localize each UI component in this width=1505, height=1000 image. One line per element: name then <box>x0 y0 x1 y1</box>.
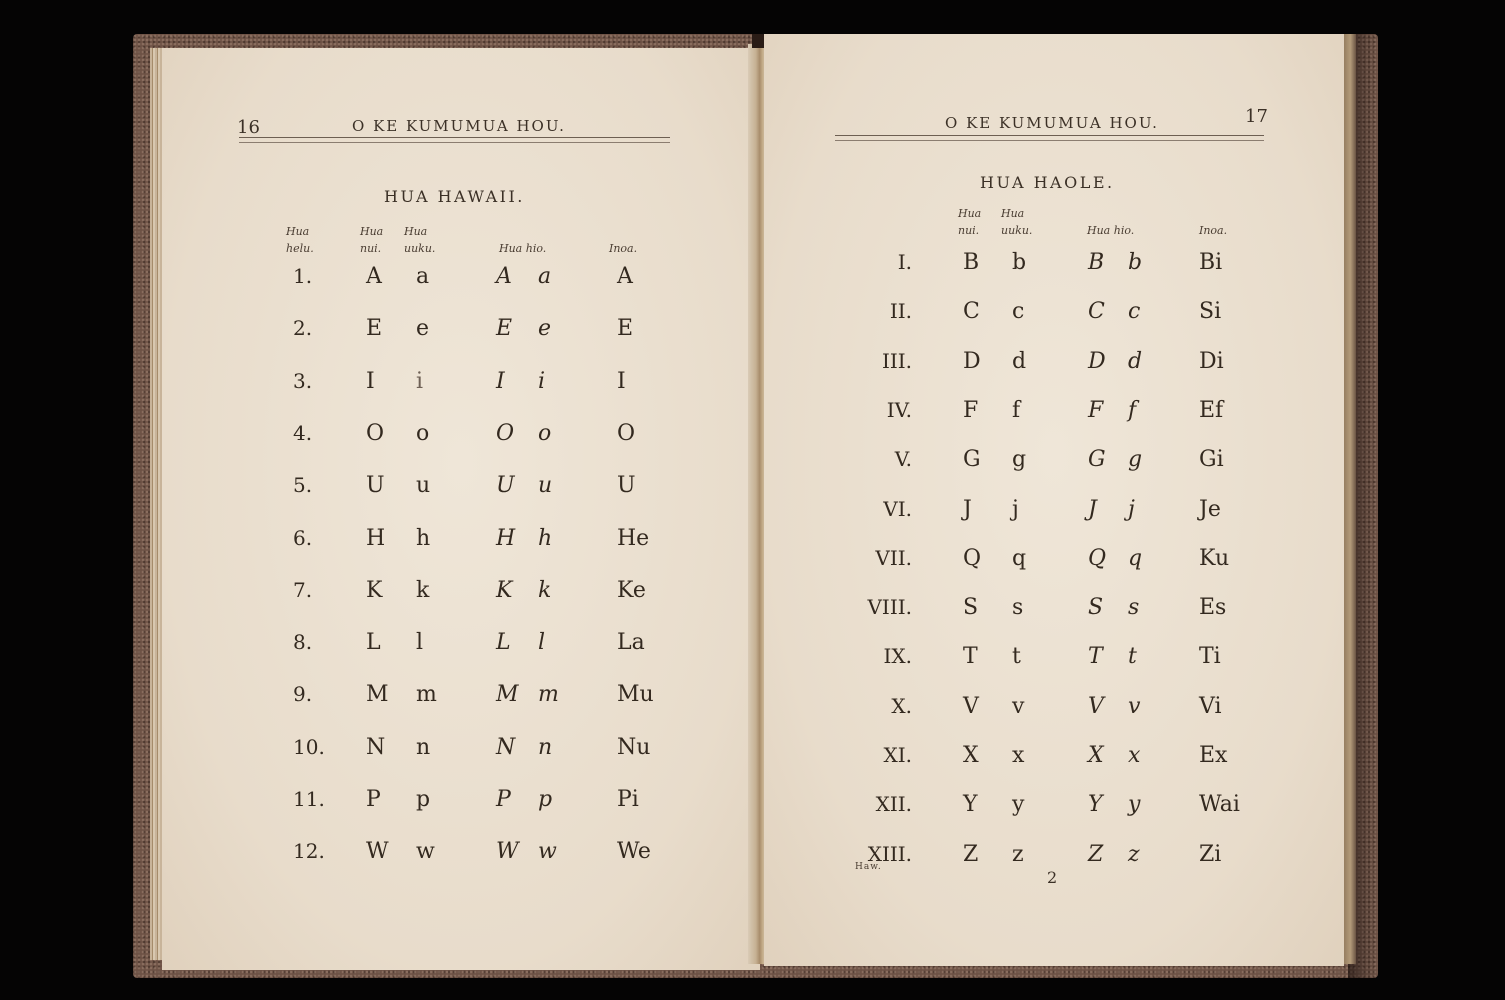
letter-name: La <box>617 632 645 654</box>
capital-letter: B <box>963 252 979 274</box>
row-number: XIII. <box>868 844 912 864</box>
row-number: 7. <box>293 580 312 600</box>
left-running-head: O KE KUMUMUA HOU. <box>352 117 566 135</box>
letter-name: U <box>617 475 636 497</box>
row-number: 11. <box>293 789 325 809</box>
italic-lowercase: v <box>1128 696 1140 718</box>
capital-letter: Q <box>963 548 981 570</box>
italic-lowercase: j <box>1128 499 1135 521</box>
italic-lowercase: e <box>538 318 551 340</box>
italic-lowercase: t <box>1128 646 1137 668</box>
capital-letter: T <box>963 646 978 668</box>
lowercase-letter: v <box>1012 696 1024 718</box>
row-number: X. <box>891 696 912 716</box>
lowercase-letter: l <box>416 632 423 654</box>
lowercase-letter: d <box>1012 351 1026 373</box>
lowercase-letter: x <box>1012 745 1024 767</box>
italic-capital: G <box>1088 449 1106 471</box>
left-folio: 16 <box>237 117 260 138</box>
italic-lowercase: x <box>1128 745 1140 767</box>
row-number: 9. <box>293 684 312 704</box>
italic-capital: S <box>1088 597 1103 619</box>
lowercase-letter: s <box>1012 597 1023 619</box>
italic-lowercase: y <box>1128 794 1140 816</box>
letter-name: Gi <box>1199 449 1224 471</box>
letter-name: Mu <box>617 684 654 706</box>
colhead-lowercase: Hua uuku. <box>404 223 435 257</box>
lowercase-letter: u <box>416 475 430 497</box>
capital-letter: O <box>366 423 384 445</box>
colhead-number: Hua helu. <box>286 223 314 257</box>
italic-lowercase: c <box>1128 301 1140 323</box>
italic-lowercase: d <box>1128 351 1142 373</box>
letter-name: Zi <box>1199 844 1221 866</box>
letter-name: Wai <box>1199 794 1240 816</box>
row-number: 2. <box>293 318 312 338</box>
italic-lowercase: o <box>538 423 551 445</box>
capital-letter: G <box>963 449 981 471</box>
italic-capital: Q <box>1088 548 1106 570</box>
italic-lowercase: m <box>538 684 559 706</box>
letter-name: Bi <box>1199 252 1222 274</box>
row-number: 12. <box>293 841 325 861</box>
capital-letter: N <box>366 737 385 759</box>
letter-name: Je <box>1199 499 1221 521</box>
row-number: VII. <box>875 548 912 568</box>
italic-capital: X <box>1088 745 1104 767</box>
row-number: IX. <box>884 646 913 666</box>
row-number: 5. <box>293 475 312 495</box>
lowercase-letter: p <box>416 789 430 811</box>
colhead-italic: Hua hio. <box>499 240 546 257</box>
italic-capital: L <box>496 632 511 654</box>
lowercase-letter: b <box>1012 252 1026 274</box>
letter-name: E <box>617 318 633 340</box>
lowercase-letter: k <box>416 580 429 602</box>
capital-letter: X <box>963 745 979 767</box>
lowercase-letter: n <box>416 737 430 759</box>
capital-letter: H <box>366 528 385 550</box>
italic-capital: K <box>496 580 512 602</box>
letter-name: Es <box>1199 597 1226 619</box>
italic-capital: F <box>1088 400 1103 422</box>
colhead-italic-right: Hua hio. <box>1087 222 1134 239</box>
italic-capital: H <box>496 528 515 550</box>
italic-capital: Y <box>1088 794 1103 816</box>
lowercase-letter: c <box>1012 301 1024 323</box>
colhead-capital: Hua nui. <box>360 223 383 257</box>
italic-capital: J <box>1088 499 1097 521</box>
italic-lowercase: s <box>1128 597 1139 619</box>
capital-letter: V <box>963 696 979 718</box>
row-number: II. <box>890 301 912 321</box>
right-header-rule <box>835 135 1264 141</box>
signature-note: Haw. <box>855 862 882 872</box>
letter-name: We <box>617 841 651 863</box>
italic-capital: Z <box>1088 844 1103 866</box>
lowercase-letter: g <box>1012 449 1026 471</box>
row-number: 8. <box>293 632 312 652</box>
capital-letter: S <box>963 597 978 619</box>
italic-lowercase: i <box>538 371 545 393</box>
row-number: 3. <box>293 371 312 391</box>
row-number: VI. <box>883 499 912 519</box>
capital-letter: W <box>366 841 389 863</box>
colhead-name-right: Inoa. <box>1199 222 1227 239</box>
italic-lowercase: u <box>538 475 552 497</box>
capital-letter: P <box>366 789 381 811</box>
lowercase-letter: e <box>416 318 429 340</box>
lowercase-letter: f <box>1012 400 1020 422</box>
lowercase-letter: o <box>416 423 429 445</box>
letter-name: Si <box>1199 301 1221 323</box>
row-number: I. <box>898 252 912 272</box>
italic-capital: T <box>1088 646 1103 668</box>
letter-name: Nu <box>617 737 650 759</box>
row-number: 10. <box>293 737 325 757</box>
italic-capital: B <box>1088 252 1104 274</box>
italic-lowercase: g <box>1128 449 1142 471</box>
capital-letter: Y <box>963 794 978 816</box>
italic-lowercase: n <box>538 737 552 759</box>
italic-capital: I <box>496 371 505 393</box>
left-header-rule <box>239 137 670 143</box>
italic-capital: P <box>496 789 511 811</box>
italic-capital: W <box>496 841 519 863</box>
capital-letter: E <box>366 318 382 340</box>
lowercase-letter: q <box>1012 548 1026 570</box>
lowercase-letter: w <box>416 841 435 863</box>
row-number: V. <box>895 449 912 469</box>
letter-name: Ex <box>1199 745 1227 767</box>
right-running-head: O KE KUMUMUA HOU. <box>945 114 1159 132</box>
capital-letter: D <box>963 351 981 373</box>
colhead-capital-right: Hua nui. <box>958 205 981 239</box>
italic-capital: D <box>1088 351 1106 373</box>
italic-capital: C <box>1088 301 1105 323</box>
letter-name: Pi <box>617 789 639 811</box>
capital-letter: J <box>963 499 972 521</box>
row-number: 1. <box>293 266 312 286</box>
italic-capital: E <box>496 318 512 340</box>
capital-letter: A <box>366 266 382 288</box>
letter-name: Di <box>1199 351 1224 373</box>
letter-name: He <box>617 528 649 550</box>
row-number: XI. <box>884 745 913 765</box>
right-folio: 17 <box>1245 106 1268 127</box>
row-number: 6. <box>293 528 312 548</box>
lowercase-letter: y <box>1012 794 1024 816</box>
italic-lowercase: h <box>538 528 552 550</box>
lowercase-letter: i <box>416 371 423 393</box>
italic-capital: N <box>496 737 515 759</box>
letter-name: Vi <box>1199 696 1222 718</box>
letter-name: Ku <box>1199 548 1229 570</box>
italic-lowercase: a <box>538 266 551 288</box>
italic-capital: A <box>496 266 512 288</box>
lowercase-letter: t <box>1012 646 1021 668</box>
row-number: VIII. <box>867 597 912 617</box>
right-section-title: HUA HAOLE. <box>980 173 1115 192</box>
italic-capital: O <box>496 423 514 445</box>
lowercase-letter: j <box>1012 499 1019 521</box>
italic-capital: V <box>1088 696 1104 718</box>
capital-letter: F <box>963 400 978 422</box>
capital-letter: M <box>366 684 389 706</box>
colhead-name: Inoa. <box>609 240 637 257</box>
right-page-edges <box>1342 34 1356 964</box>
letter-name: Ef <box>1199 400 1223 422</box>
letter-name: I <box>617 371 626 393</box>
signature-mark: 2 <box>1047 868 1057 887</box>
row-number: IV. <box>887 400 912 420</box>
colhead-lowercase-right: Hua uuku. <box>1001 205 1032 239</box>
lowercase-letter: a <box>416 266 429 288</box>
letter-name: Ti <box>1199 646 1221 668</box>
italic-lowercase: z <box>1128 844 1140 866</box>
capital-letter: I <box>366 371 375 393</box>
letter-name: O <box>617 423 635 445</box>
letter-name: Ke <box>617 580 646 602</box>
italic-capital: U <box>496 475 515 497</box>
italic-capital: M <box>496 684 519 706</box>
italic-lowercase: b <box>1128 252 1142 274</box>
capital-letter: C <box>963 301 980 323</box>
row-number: 4. <box>293 423 312 443</box>
capital-letter: U <box>366 475 385 497</box>
italic-lowercase: f <box>1128 400 1136 422</box>
italic-lowercase: w <box>538 841 557 863</box>
row-number: XII. <box>876 794 912 814</box>
italic-lowercase: l <box>538 632 545 654</box>
capital-letter: L <box>366 632 381 654</box>
lowercase-letter: m <box>416 684 437 706</box>
italic-lowercase: k <box>538 580 551 602</box>
letter-name: A <box>617 266 633 288</box>
lowercase-letter: h <box>416 528 430 550</box>
row-number: III. <box>882 351 912 371</box>
italic-lowercase: p <box>538 789 552 811</box>
left-section-title: HUA HAWAII. <box>384 187 525 206</box>
capital-letter: Z <box>963 844 978 866</box>
capital-letter: K <box>366 580 382 602</box>
lowercase-letter: z <box>1012 844 1024 866</box>
italic-lowercase: q <box>1128 548 1142 570</box>
